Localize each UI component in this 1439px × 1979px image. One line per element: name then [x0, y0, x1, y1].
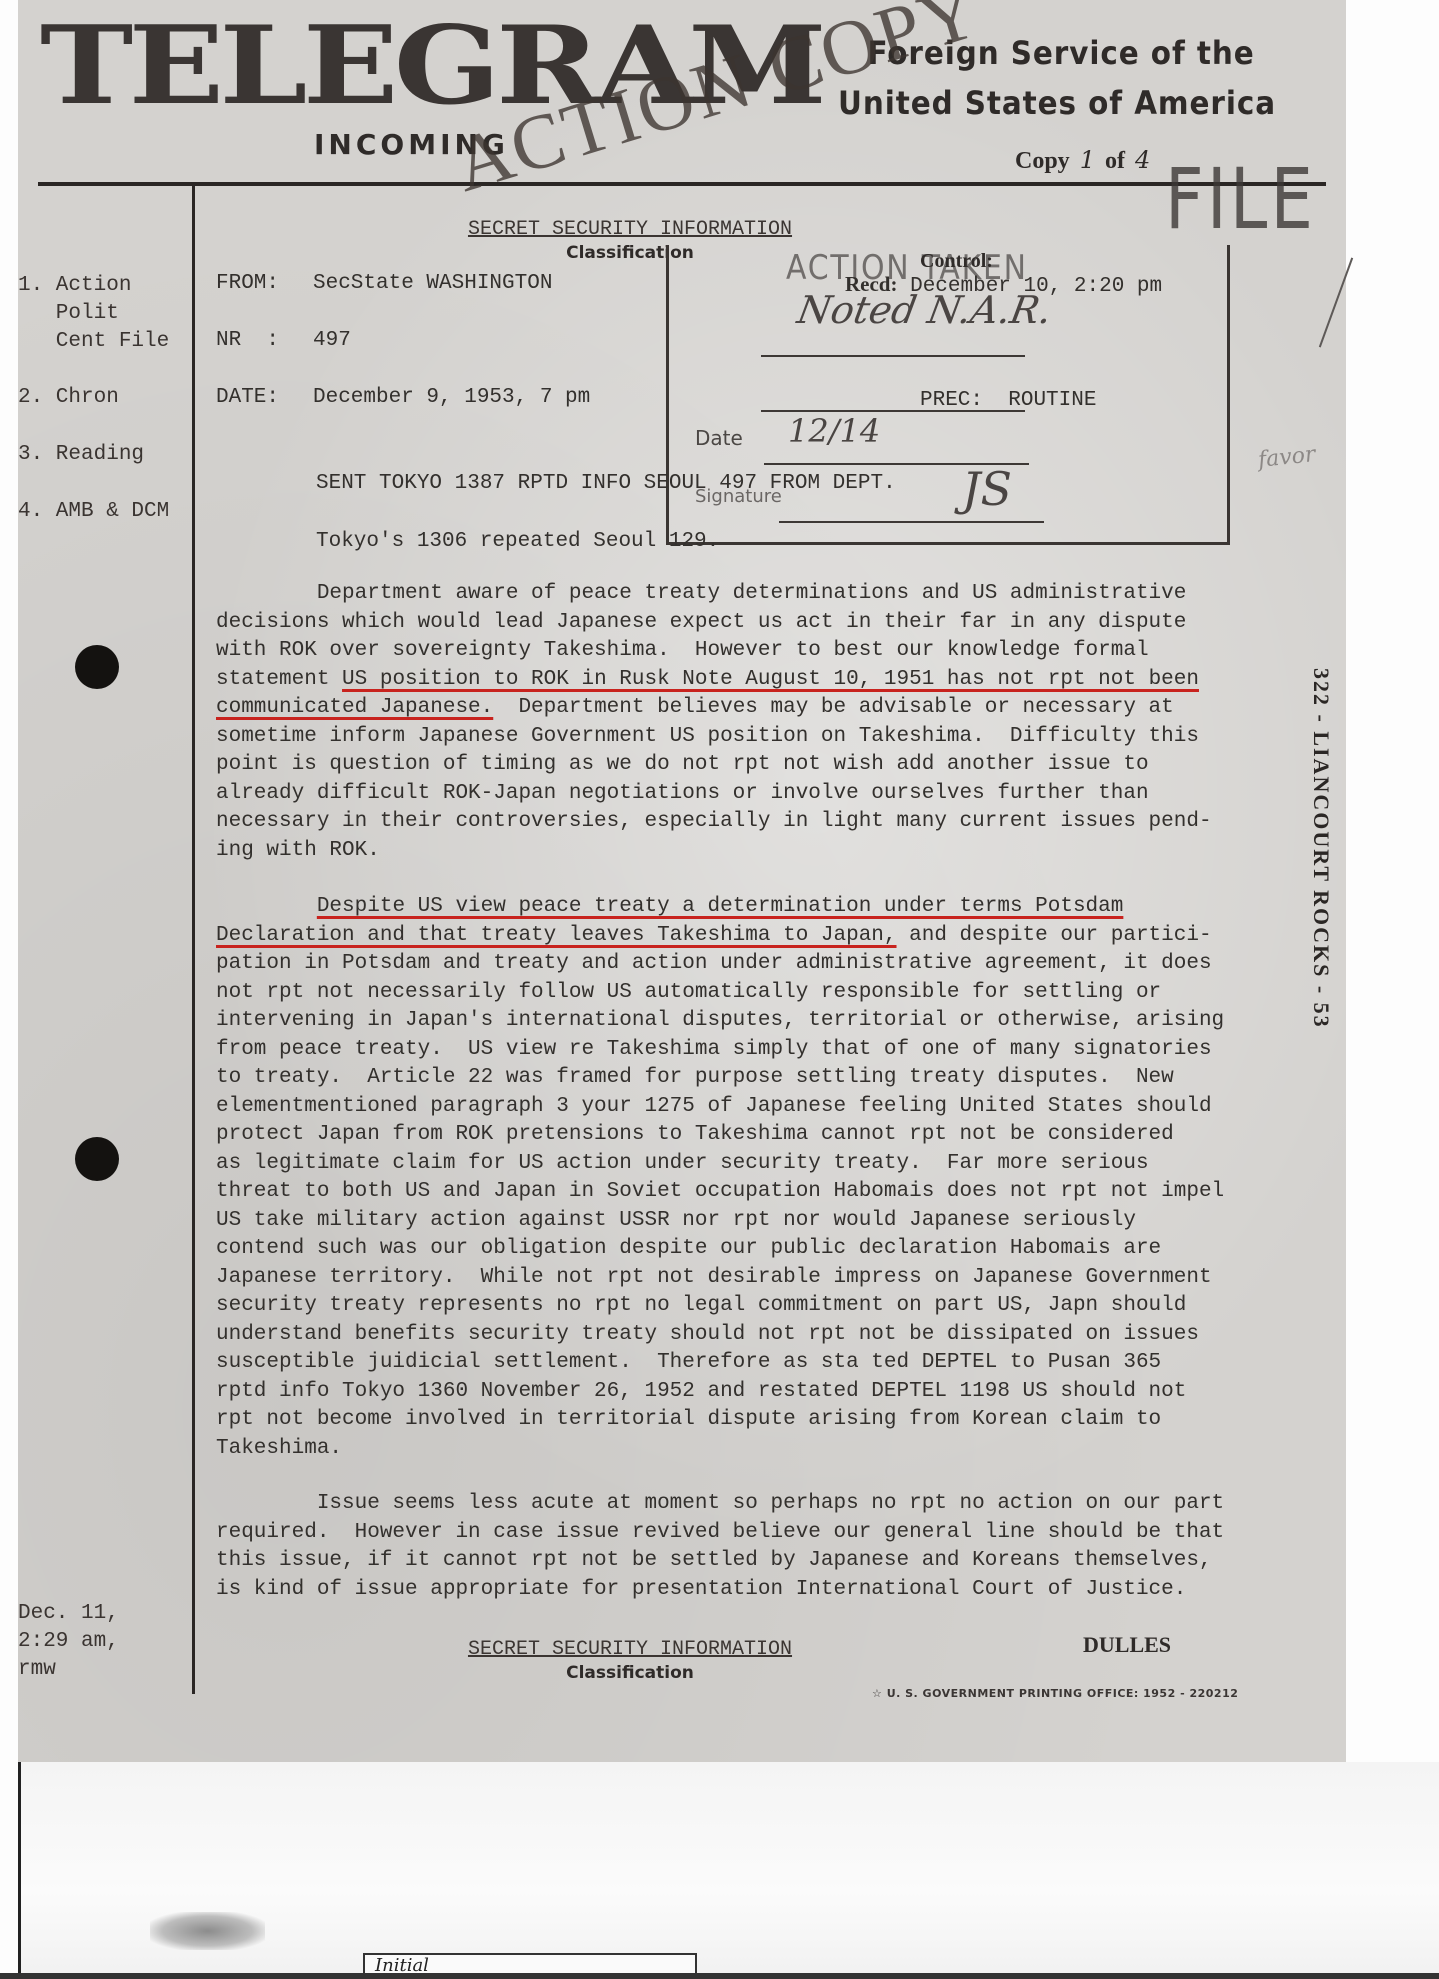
signer-name: DULLES	[1083, 1632, 1171, 1658]
red-underlined-text: Declaration and that treaty leaves Takes…	[216, 924, 897, 947]
noted-handwriting: Noted N.A.R.	[794, 288, 1055, 332]
nr-value: 497	[313, 329, 351, 352]
scan-edge	[0, 1973, 1439, 1979]
red-underlined-text: Despite US view peace treaty a determina…	[317, 895, 1124, 918]
red-underlined-text: US position to ROK in Rusk Note August 1…	[342, 668, 1199, 691]
date-value: December 9, 1953, 7 pm	[313, 386, 590, 409]
file-stamp: FILE	[1165, 150, 1316, 248]
from-value: SecState WASHINGTON	[313, 272, 552, 295]
routing-item: 2. Chron	[18, 384, 119, 412]
classification-label: Classification	[410, 1663, 850, 1683]
header-rule	[38, 182, 1326, 186]
date-label: DATE:	[216, 386, 279, 409]
prec-label: PREC:	[920, 389, 983, 412]
margin-rule	[192, 184, 195, 1694]
routing-item: Polit	[18, 300, 119, 328]
prec-value: ROUTINE	[1008, 389, 1096, 412]
agency-line-2: United States of America	[838, 78, 1280, 128]
copy-count: Copy1of4	[1015, 146, 1160, 175]
punch-hole	[75, 645, 119, 689]
routing-item: 4. AMB & DCM	[18, 498, 169, 526]
reference-line: Tokyo's 1306 repeated Seoul 129.	[316, 530, 719, 553]
action-date-label: Date	[695, 426, 743, 450]
precedence-line: PREC: ROUTINE	[920, 389, 1096, 412]
punch-hole	[75, 1137, 119, 1181]
from-label: FROM:	[216, 272, 279, 295]
box-line	[761, 355, 1025, 357]
classification-bottom: SECRET SECURITY INFORMATION Classificati…	[410, 1638, 850, 1683]
signature-handwriting: JS	[962, 462, 1012, 516]
body-paragraph-1: Department aware of peace treaty determi…	[216, 580, 1346, 865]
routing-item: 1. Action	[18, 272, 131, 300]
para2-indent	[216, 895, 317, 918]
routing-item: 3. Reading	[18, 441, 144, 469]
copy-label: Copy	[1015, 148, 1070, 174]
action-date-handwriting: 12/14	[788, 412, 880, 450]
para2-text: and despite our partici- pation in Potsd…	[216, 924, 1224, 1460]
control-label: Control:	[920, 250, 993, 273]
file-number-stamp: 322 - LIANCOURT ROCKS - 53	[1308, 668, 1334, 1029]
printing-office-imprint: ☆ U. S. GOVERNMENT PRINTING OFFICE: 1952…	[872, 1687, 1238, 1700]
nr-label: NR :	[216, 329, 279, 352]
sent-line: SENT TOKYO 1387 RPTD INFO SEOUL 497 FROM…	[316, 472, 896, 495]
copy-of-label: of	[1105, 148, 1125, 174]
copy-number: 1	[1070, 146, 1105, 174]
scan-smudge	[150, 1912, 265, 1950]
routing-item: Cent File	[18, 328, 169, 356]
body-paragraph-3: Issue seems less acute at moment so perh…	[216, 1490, 1346, 1604]
box-line	[779, 521, 1044, 523]
body-paragraph-2: Despite US view peace treaty a determina…	[216, 893, 1346, 1463]
classification-value: SECRET SECURITY INFORMATION	[410, 1638, 850, 1661]
red-underlined-text: communicated Japanese.	[216, 696, 493, 719]
classification-value: SECRET SECURITY INFORMATION	[410, 218, 850, 241]
para1-text: Department believes may be advisable or …	[216, 696, 1212, 862]
received-time-note: Dec. 11, 2:29 am, rmw	[18, 1600, 119, 1684]
copy-total: 4	[1125, 146, 1160, 174]
